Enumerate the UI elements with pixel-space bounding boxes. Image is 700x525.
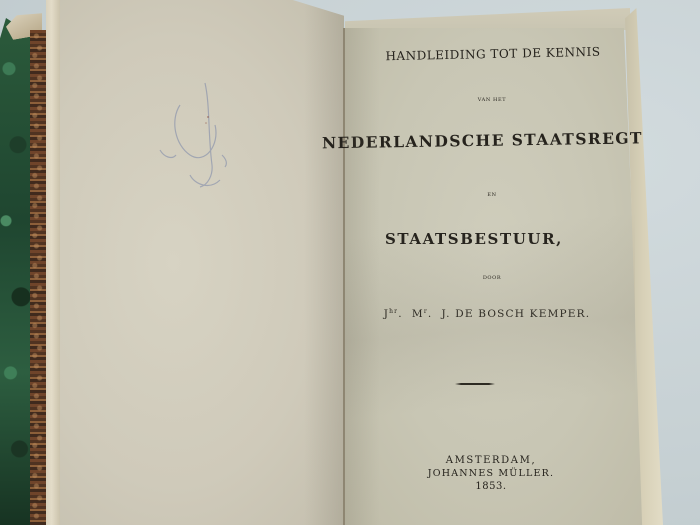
author-prefix-jhr-sup: hr — [389, 308, 398, 315]
author-name: J. DE BOSCH KEMPER. — [442, 308, 591, 320]
imprint-year: 1853. — [341, 481, 641, 492]
subtitle: STAATSBESTUUR, — [324, 230, 624, 248]
book-cover-marbled — [0, 18, 30, 525]
imprint-publisher: JOHANNES MÜLLER. — [341, 468, 641, 479]
author-prefix-mr: M — [412, 308, 424, 320]
author-line: Jhr. Mr. J. DE BOSCH KEMPER. — [337, 308, 637, 320]
title-en: EN — [342, 192, 642, 198]
ornamental-rule — [455, 383, 495, 385]
page-stack-left — [46, 0, 61, 525]
title-door: DOOR — [342, 275, 642, 281]
left-page — [60, 0, 344, 525]
imprint-city: AMSTERDAM, — [341, 455, 641, 466]
author-prefix-mr-sup: r — [424, 308, 428, 315]
title-van-het: VAN HET — [342, 97, 642, 103]
book-spine-edge — [30, 30, 46, 525]
stamp-icon — [150, 75, 240, 205]
